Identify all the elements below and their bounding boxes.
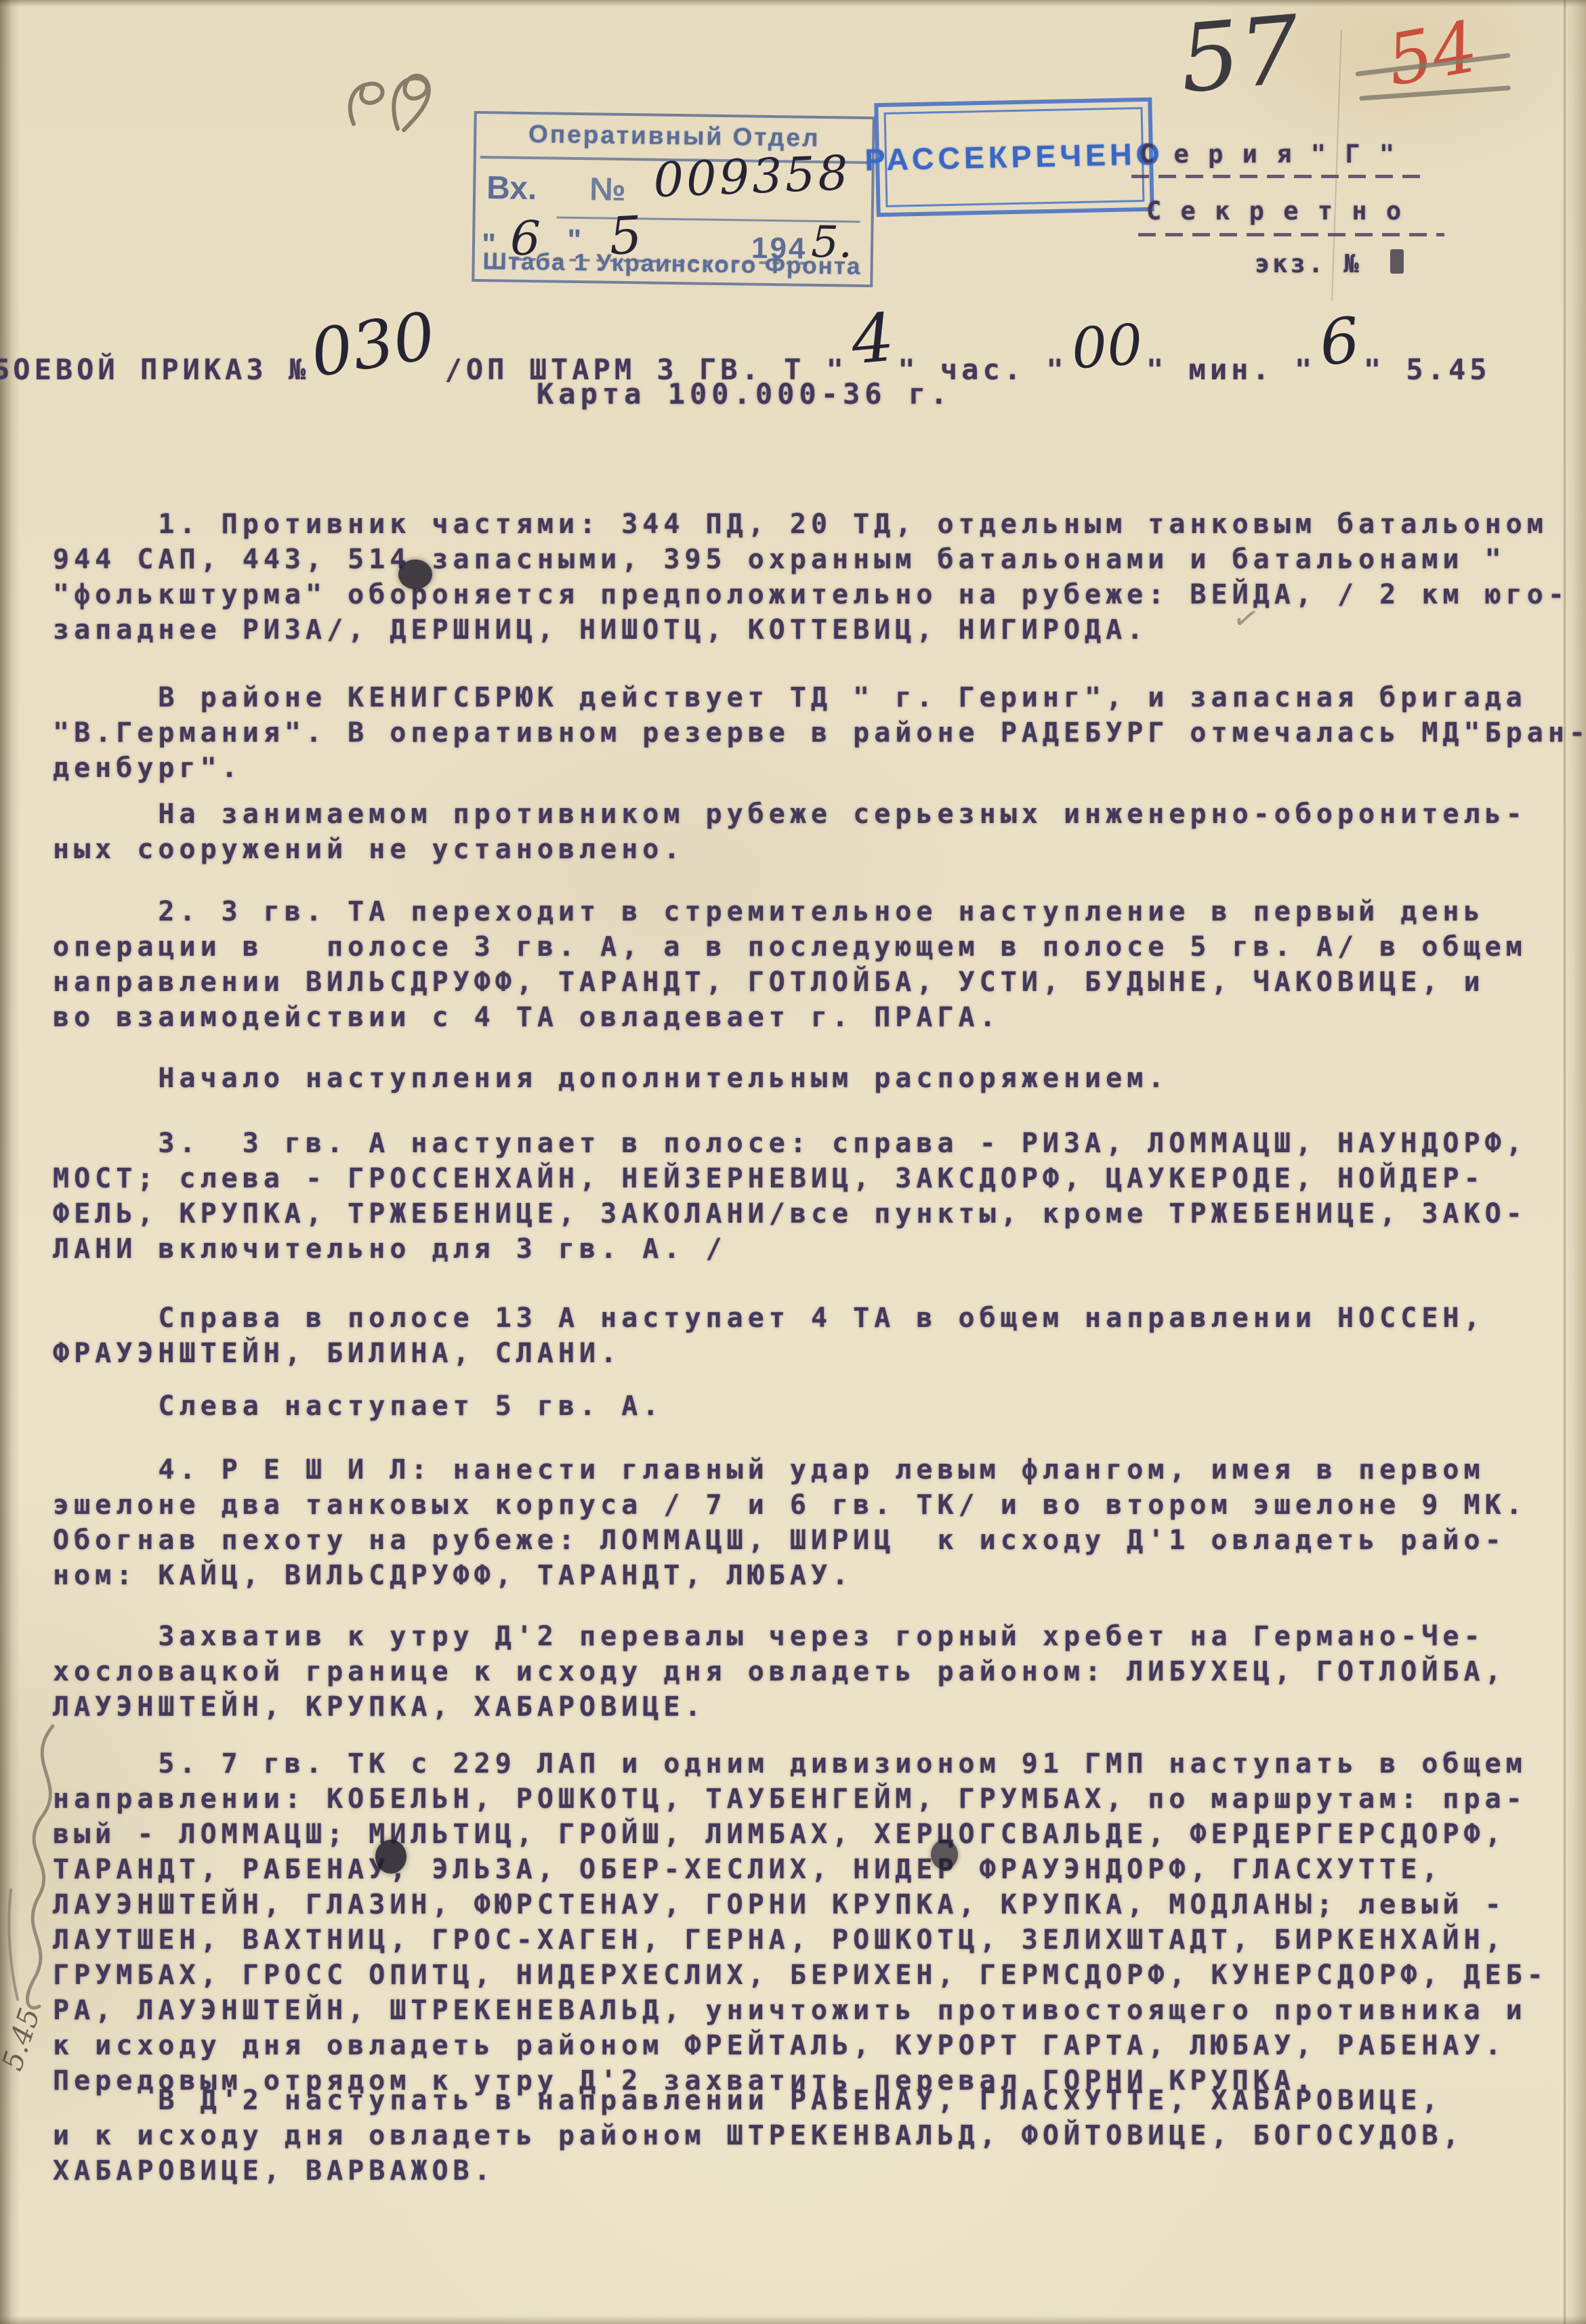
page-bottom-edge: [0, 2316, 1586, 2324]
page-top-edge: [0, 0, 1586, 7]
paragraph-day2-passes: Захватив к утру Д'2 перевалы через горны…: [53, 1619, 1586, 1725]
paragraph-enemy-forces: 1. Противник частями: 344 ПД, 20 ТД, отд…: [53, 507, 1586, 648]
ink-blot: [375, 1840, 406, 1874]
title-segment: " 5.45: [1364, 353, 1491, 386]
copy-number-smudge: [1390, 249, 1404, 274]
declassified-stamp-inner: РАССЕКРЕЧЕНО: [884, 107, 1145, 207]
paragraph-koenigsbrueck: В районе КЕНИГСБРЮК действует ТД " г. Ге…: [53, 680, 1586, 786]
stamp-office: Штаба 1 Украинского Фронта: [482, 248, 861, 280]
copy-number-line: экз. №: [1255, 247, 1362, 282]
title-segment: " мин. ": [1146, 353, 1316, 386]
paragraph-start-order: Начало наступления дополнительным распор…: [53, 1061, 1586, 1096]
paragraph-fortifications: На занимаемом противником рубеже серьезн…: [53, 797, 1586, 867]
minutes-handwritten: 00: [1069, 312, 1144, 381]
ink-blot: [398, 559, 432, 589]
secrecy-line: С е к р е т н о: [1146, 194, 1403, 229]
paragraph-item-5: 5. 7 гв. ТК с 229 ЛАП и одним дивизионом…: [53, 1746, 1586, 2098]
paragraph-right-neighbor: Справа в полосе 13 А наступает 4 ТА в об…: [53, 1301, 1586, 1371]
stamp-reg-number-handwritten: 009358: [652, 145, 852, 208]
title-segment: БОЕВОЙ ПРИКАЗ №: [0, 353, 310, 386]
handwritten-scribble-icon: [333, 39, 462, 134]
map-reference-line: Карта 100.000-36 г.: [537, 377, 952, 412]
ink-blot: [931, 1840, 958, 1869]
margin-pencil-flourish-icon: [0, 1720, 88, 2019]
series-line: С е р и я " Г ": [1140, 137, 1396, 172]
paragraph-item-3: 3. 3 гв. А наступает в полосе: справа - …: [53, 1126, 1586, 1267]
order-number-handwritten: 030: [306, 297, 440, 392]
incoming-registration-stamp: Оперативный Отдел Вх. № 009358 " 6 " 5 1…: [472, 111, 875, 287]
page-number-pencil: 57: [1175, 0, 1303, 114]
secrecy-underline: [1138, 233, 1444, 236]
document-page: Оперативный Отдел Вх. № 009358 " 6 " 5 1…: [0, 0, 1586, 2324]
stamp-number-sign: №: [589, 171, 626, 209]
stamp-reg-label: Вх.: [486, 169, 537, 207]
paragraph-item-4-decision: 4. Р Е Ш И Л: нанести главный удар левым…: [53, 1452, 1586, 1593]
paragraph-left-neighbor: Слева наступает 5 гв. А.: [53, 1389, 1586, 1424]
paragraph-day2-direction: В Д'2 наступать в направлении РАБЕНАУ, Г…: [53, 2083, 1586, 2189]
declassified-stamp-label: РАССЕКРЕЧЕНО: [864, 136, 1164, 177]
paragraph-item-2: 2. 3 гв. ТА переходит в стремительное на…: [53, 894, 1586, 1035]
date-day-handwritten: 6: [1316, 303, 1363, 380]
series-underline: [1131, 175, 1423, 178]
declassified-stamp: РАССЕКРЕЧЕНО: [874, 98, 1154, 217]
page-number-crossed-out: 54: [1381, 5, 1484, 102]
hour-handwritten: 4: [848, 299, 897, 379]
